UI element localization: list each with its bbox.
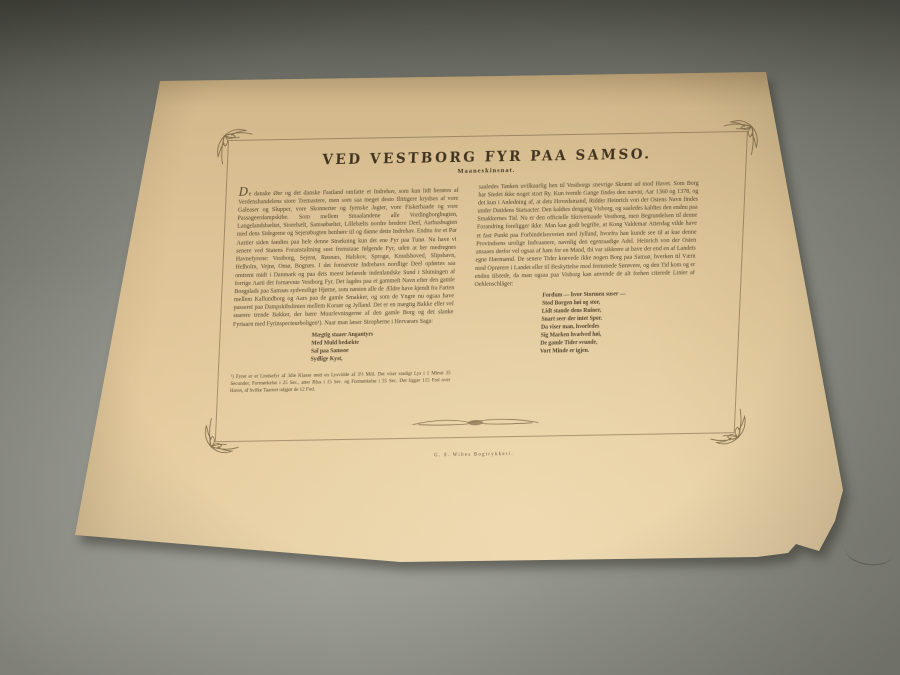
verse-line: Vort Minde er igjen. — [540, 347, 623, 356]
corner-flourish-icon — [708, 407, 748, 446]
border-frame: VED VESTBORG FYR PAA SAMSO. Maaneskinsna… — [215, 131, 748, 442]
poem-verse: Mægtig staaer Angantyrs Med Muld bedækte… — [310, 331, 373, 364]
tailpiece-flourish-icon — [410, 415, 541, 431]
corner-flourish-icon — [721, 119, 761, 158]
left-column: De danske Øer og det danske Fastland omf… — [230, 184, 459, 395]
text-columns: De danske Øer og det danske Fastland omf… — [218, 170, 745, 395]
right-column: saaledes Tanken uvilkaarlig hen til Vest… — [470, 180, 699, 391]
body-paragraph: saaledes Tanken uvilkaarlig hen til Vest… — [474, 180, 699, 289]
printed-page: VED VESTBORG FYR PAA SAMSO. Maaneskinsna… — [215, 131, 748, 442]
poem-verse: Fordum — hvor Stormen suser — Stod Borge… — [540, 291, 626, 356]
footnote: ¹) Fyret er et Lindsefyr af 3die Klasse … — [230, 370, 451, 395]
body-paragraph: De danske Øer og det danske Fastland omf… — [233, 184, 459, 329]
verse-line: Mægtig staaer Angantyrs — [311, 331, 373, 340]
imprint: G. S. Wibes Bogtrykkeri. — [214, 448, 734, 462]
verse-line: Sydlige Kyst, — [310, 355, 372, 364]
corner-flourish-icon — [202, 416, 242, 455]
corner-flourish-icon — [215, 128, 255, 167]
photo-scene: VED VESTBORG FYR PAA SAMSO. Maaneskinsna… — [0, 0, 900, 675]
